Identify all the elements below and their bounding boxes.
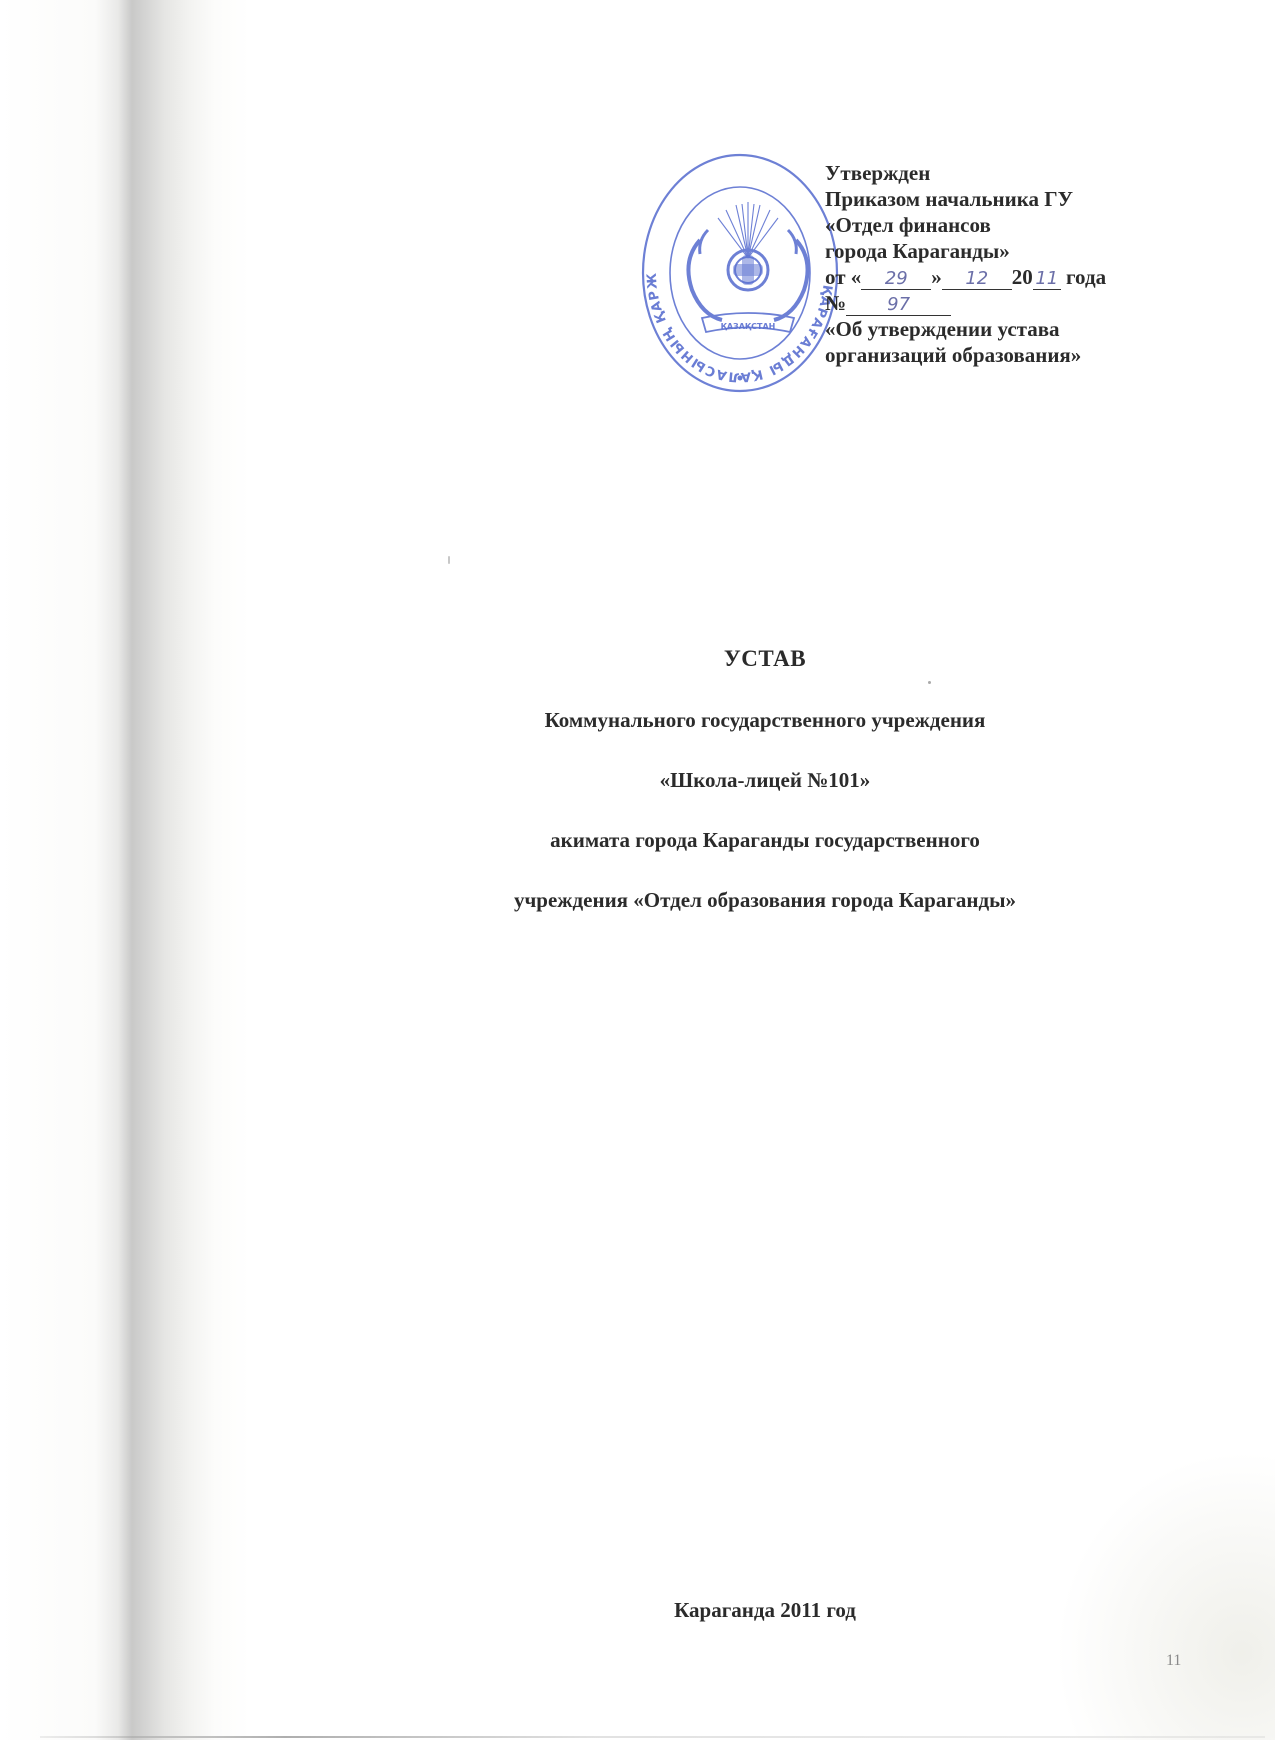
approval-order-line: Приказом начальника ГУ [825,186,1106,212]
approval-dept-line: «Отдел финансов [825,212,1106,238]
date-year-field: 11 [1033,269,1061,290]
document-title-block: УСТАВ Коммунального государственного учр… [400,645,1130,947]
document-subtitle-line: акимата города Караганды государственног… [400,827,1130,853]
approval-number-line: №97 [825,290,1106,316]
approval-date-line: от «29»122011 года [825,264,1106,290]
document-footer-city-year: Караганда 2011 год [400,1598,1130,1623]
scan-speck [448,556,450,564]
document-subtitle-line: учреждения «Отдел образования города Кар… [400,887,1130,913]
stamp-emblem-icon: ҚАЗАҚСТАН ҚАРАҒАНДЫ ҚАЛАСЫНЫҢ ҚАРЖЫ БӨЛІ… [640,150,840,396]
document-subtitle-line: Коммунального государственного учреждени… [400,707,1130,733]
approval-heading: Утвержден [825,160,1106,186]
order-number-field: 97 [846,295,951,316]
scan-shading [1055,1450,1275,1740]
document-subtitle-line: «Школа-лицей №101» [400,767,1130,793]
approval-subject-line2: организаций образования» [825,342,1106,368]
approval-city-line: города Караганды» [825,238,1106,264]
approval-subject-line1: «Об утверждении устава [825,316,1106,342]
official-stamp: ҚАЗАҚСТАН ҚАРАҒАНДЫ ҚАЛАСЫНЫҢ ҚАРЖЫ БӨЛІ… [640,150,840,396]
date-month-field: 12 [942,269,1012,290]
svg-text:ҚАЗАҚСТАН: ҚАЗАҚСТАН [721,322,776,331]
scan-gutter-shadow [0,0,260,1740]
page-mark: 11 [1166,1652,1181,1670]
document-title: УСТАВ [400,645,1130,673]
page-edge [40,1736,1265,1738]
date-day-field: 29 [861,269,931,290]
approval-block: Утвержден Приказом начальника ГУ «Отдел … [825,160,1106,368]
